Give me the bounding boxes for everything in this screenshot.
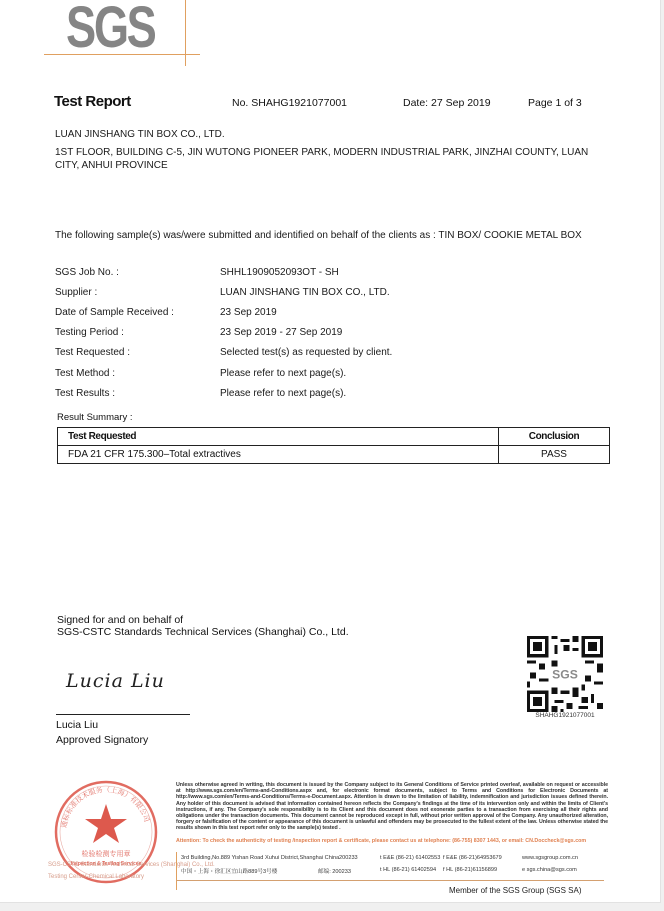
footer-divider-vertical xyxy=(176,852,177,890)
report-title: Test Report xyxy=(54,93,131,110)
authenticity-notice: Attention: To check the authenticity of … xyxy=(176,838,608,844)
logo-rule-vertical xyxy=(185,0,186,66)
footer-address-en: 3rd Building,No.889 Yishan Road Xuhui Di… xyxy=(181,855,339,861)
sample-intro: The following sample(s) was/were submitt… xyxy=(55,229,595,242)
result-summary-label: Result Summary : xyxy=(57,412,133,423)
result-summary-table: Test Requested Conclusion FDA 21 CFR 175… xyxy=(57,427,610,464)
footer-tel-hl: t HL (86-21) 61402594 xyxy=(380,867,436,873)
cell-test: FDA 21 CFR 175.300–Total extractives xyxy=(58,446,499,464)
field-value-testing-period: 23 Sep 2019 - 27 Sep 2019 xyxy=(220,327,342,338)
field-label-job-no: SGS Job No. : xyxy=(55,267,119,278)
signature-line xyxy=(56,714,190,715)
signatory-block: Lucia Liu Approved Signatory xyxy=(56,718,148,748)
signed-line-2: SGS-CSTC Standards Technical Services (S… xyxy=(57,626,349,638)
field-label-date-received: Date of Sample Received : xyxy=(55,307,174,318)
handwritten-signature: Lucia Liu xyxy=(66,670,165,692)
field-label-testing-period: Testing Period : xyxy=(55,327,124,338)
footer-tel-ee: t E&E (86-21) 61402553 xyxy=(380,855,440,861)
footer-email: e sgs.china@sgs.com xyxy=(522,867,577,873)
legal-disclaimer: Unless otherwise agreed in writing, this… xyxy=(176,782,608,832)
field-label-supplier: Supplier : xyxy=(55,287,97,298)
column-header-conclusion: Conclusion xyxy=(499,428,610,446)
table-header-row: Test Requested Conclusion xyxy=(58,428,610,446)
footer-fax-hl: f HL (86-21)61156899 xyxy=(443,867,497,873)
page-indicator: Page 1 of 3 xyxy=(528,97,582,109)
field-value-test-requested: Selected test(s) as requested by client. xyxy=(220,347,392,358)
field-value-job-no: SHHL1909052093OT - SH xyxy=(220,267,339,278)
qr-report-id: SHAHG1921077001 xyxy=(527,712,603,719)
report-date: Date: 27 Sep 2019 xyxy=(403,97,491,109)
logo-rule-horizontal xyxy=(44,54,200,55)
field-label-test-results: Test Results : xyxy=(55,388,115,399)
report-number: No. SHAHG1921077001 xyxy=(232,97,347,109)
stamp-lab-text: Testing Center-Chemical Laboratory xyxy=(48,874,144,880)
field-label-test-method: Test Method : xyxy=(55,368,115,379)
field-value-date-received: 23 Sep 2019 xyxy=(220,307,277,318)
signed-line-1: Signed for and on behalf of xyxy=(57,614,349,626)
table-row: FDA 21 CFR 175.300–Total extractives PAS… xyxy=(58,446,610,464)
footer-website: www.sgsgroup.com.cn xyxy=(522,855,578,861)
client-address: 1ST FLOOR, BUILDING C-5, JIN WUTONG PION… xyxy=(55,146,595,172)
cell-conclusion: PASS xyxy=(499,446,610,464)
logo-text: SGS xyxy=(66,0,155,58)
signatory-title: Approved Signatory xyxy=(56,733,148,748)
field-value-test-results: Please refer to next page(s). xyxy=(220,388,346,399)
client-name: LUAN JINSHANG TIN BOX CO., LTD. xyxy=(55,128,225,141)
footer-postcode-en: 200233 xyxy=(339,855,358,861)
sgs-member-note: Member of the SGS Group (SGS SA) xyxy=(449,886,582,895)
footer-divider-horizontal xyxy=(176,880,604,881)
official-seal-stamp: 检验检测专用章 Inspection & Testing Services 通标… xyxy=(50,776,162,888)
svg-text:SGS: SGS xyxy=(552,668,578,682)
column-header-test: Test Requested xyxy=(58,428,499,446)
field-value-test-method: Please refer to next page(s). xyxy=(220,368,346,379)
field-label-test-requested: Test Requested : xyxy=(55,347,130,358)
footer-postcode-cn: 邮编: 200233 xyxy=(318,867,351,875)
report-page: SGS Test Report No. SHAHG1921077001 Date… xyxy=(0,0,661,903)
star-icon xyxy=(85,804,127,843)
sgs-logo: SGS xyxy=(44,0,200,66)
footer-fax-ee: f E&E (86-21)64953679 xyxy=(443,855,502,861)
qr-code-icon: SGS xyxy=(527,636,603,712)
signed-on-behalf: Signed for and on behalf of SGS-CSTC Sta… xyxy=(57,614,349,638)
footer-address-cn: 中国・上海・徐汇区宜山路889号3号楼 xyxy=(181,867,277,875)
signatory-name: Lucia Liu xyxy=(56,718,148,733)
field-value-supplier: LUAN JINSHANG TIN BOX CO., LTD. xyxy=(220,287,390,298)
svg-text:检验检测专用章: 检验检测专用章 xyxy=(82,849,131,858)
